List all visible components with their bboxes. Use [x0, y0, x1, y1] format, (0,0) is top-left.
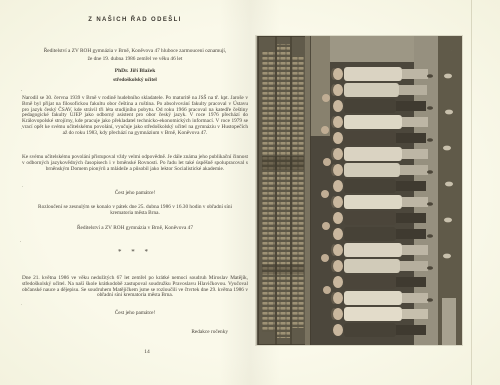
left-page: Z NAŠICH ŘAD ODEŠLI Ředitelství a ZV ROH… [22, 0, 248, 385]
section-separator: * * * [22, 248, 248, 256]
deceased-name: PhDr. Jiří Blažek [22, 68, 248, 74]
group-photo-svg [256, 36, 462, 345]
school-signature: Ředitelství a ZV ROH gymnázia v Brně, Ko… [22, 225, 248, 231]
scan-speckles [21, 90, 22, 91]
biography-paragraph: Narodil se 30. června 1939 v Brně v rodi… [22, 96, 248, 137]
editors-signature: Redakce ročenky [22, 329, 248, 335]
section-heading: Z NAŠICH ŘAD ODEŠLI [22, 17, 248, 23]
tribute-paragraph: Ke svému učitelskému povolání přistupova… [22, 155, 248, 172]
page-number-left: 14 [137, 349, 157, 355]
right-page: 15 [250, 0, 500, 385]
honor-line: Čest jeho památce! [22, 310, 248, 316]
death-announcement: Ředitelství a ZV ROH gymnázia v Brně, Ko… [22, 47, 248, 63]
deceased-title: středoškolský učitel [22, 77, 248, 83]
group-photo-image [256, 36, 462, 345]
farewell-notice: Rozloučení se zesnulým se konalo v pátek… [22, 204, 248, 216]
open-book-spread: Z NAŠICH ŘAD ODEŠLI Ředitelství a ZV ROH… [0, 0, 500, 385]
page-edge-line [471, 0, 472, 385]
honor-line: Čest jeho památce! [22, 190, 248, 196]
second-obituary-paragraph: Dne 21. května 1986 ve věku nedožitých 6… [22, 276, 248, 299]
